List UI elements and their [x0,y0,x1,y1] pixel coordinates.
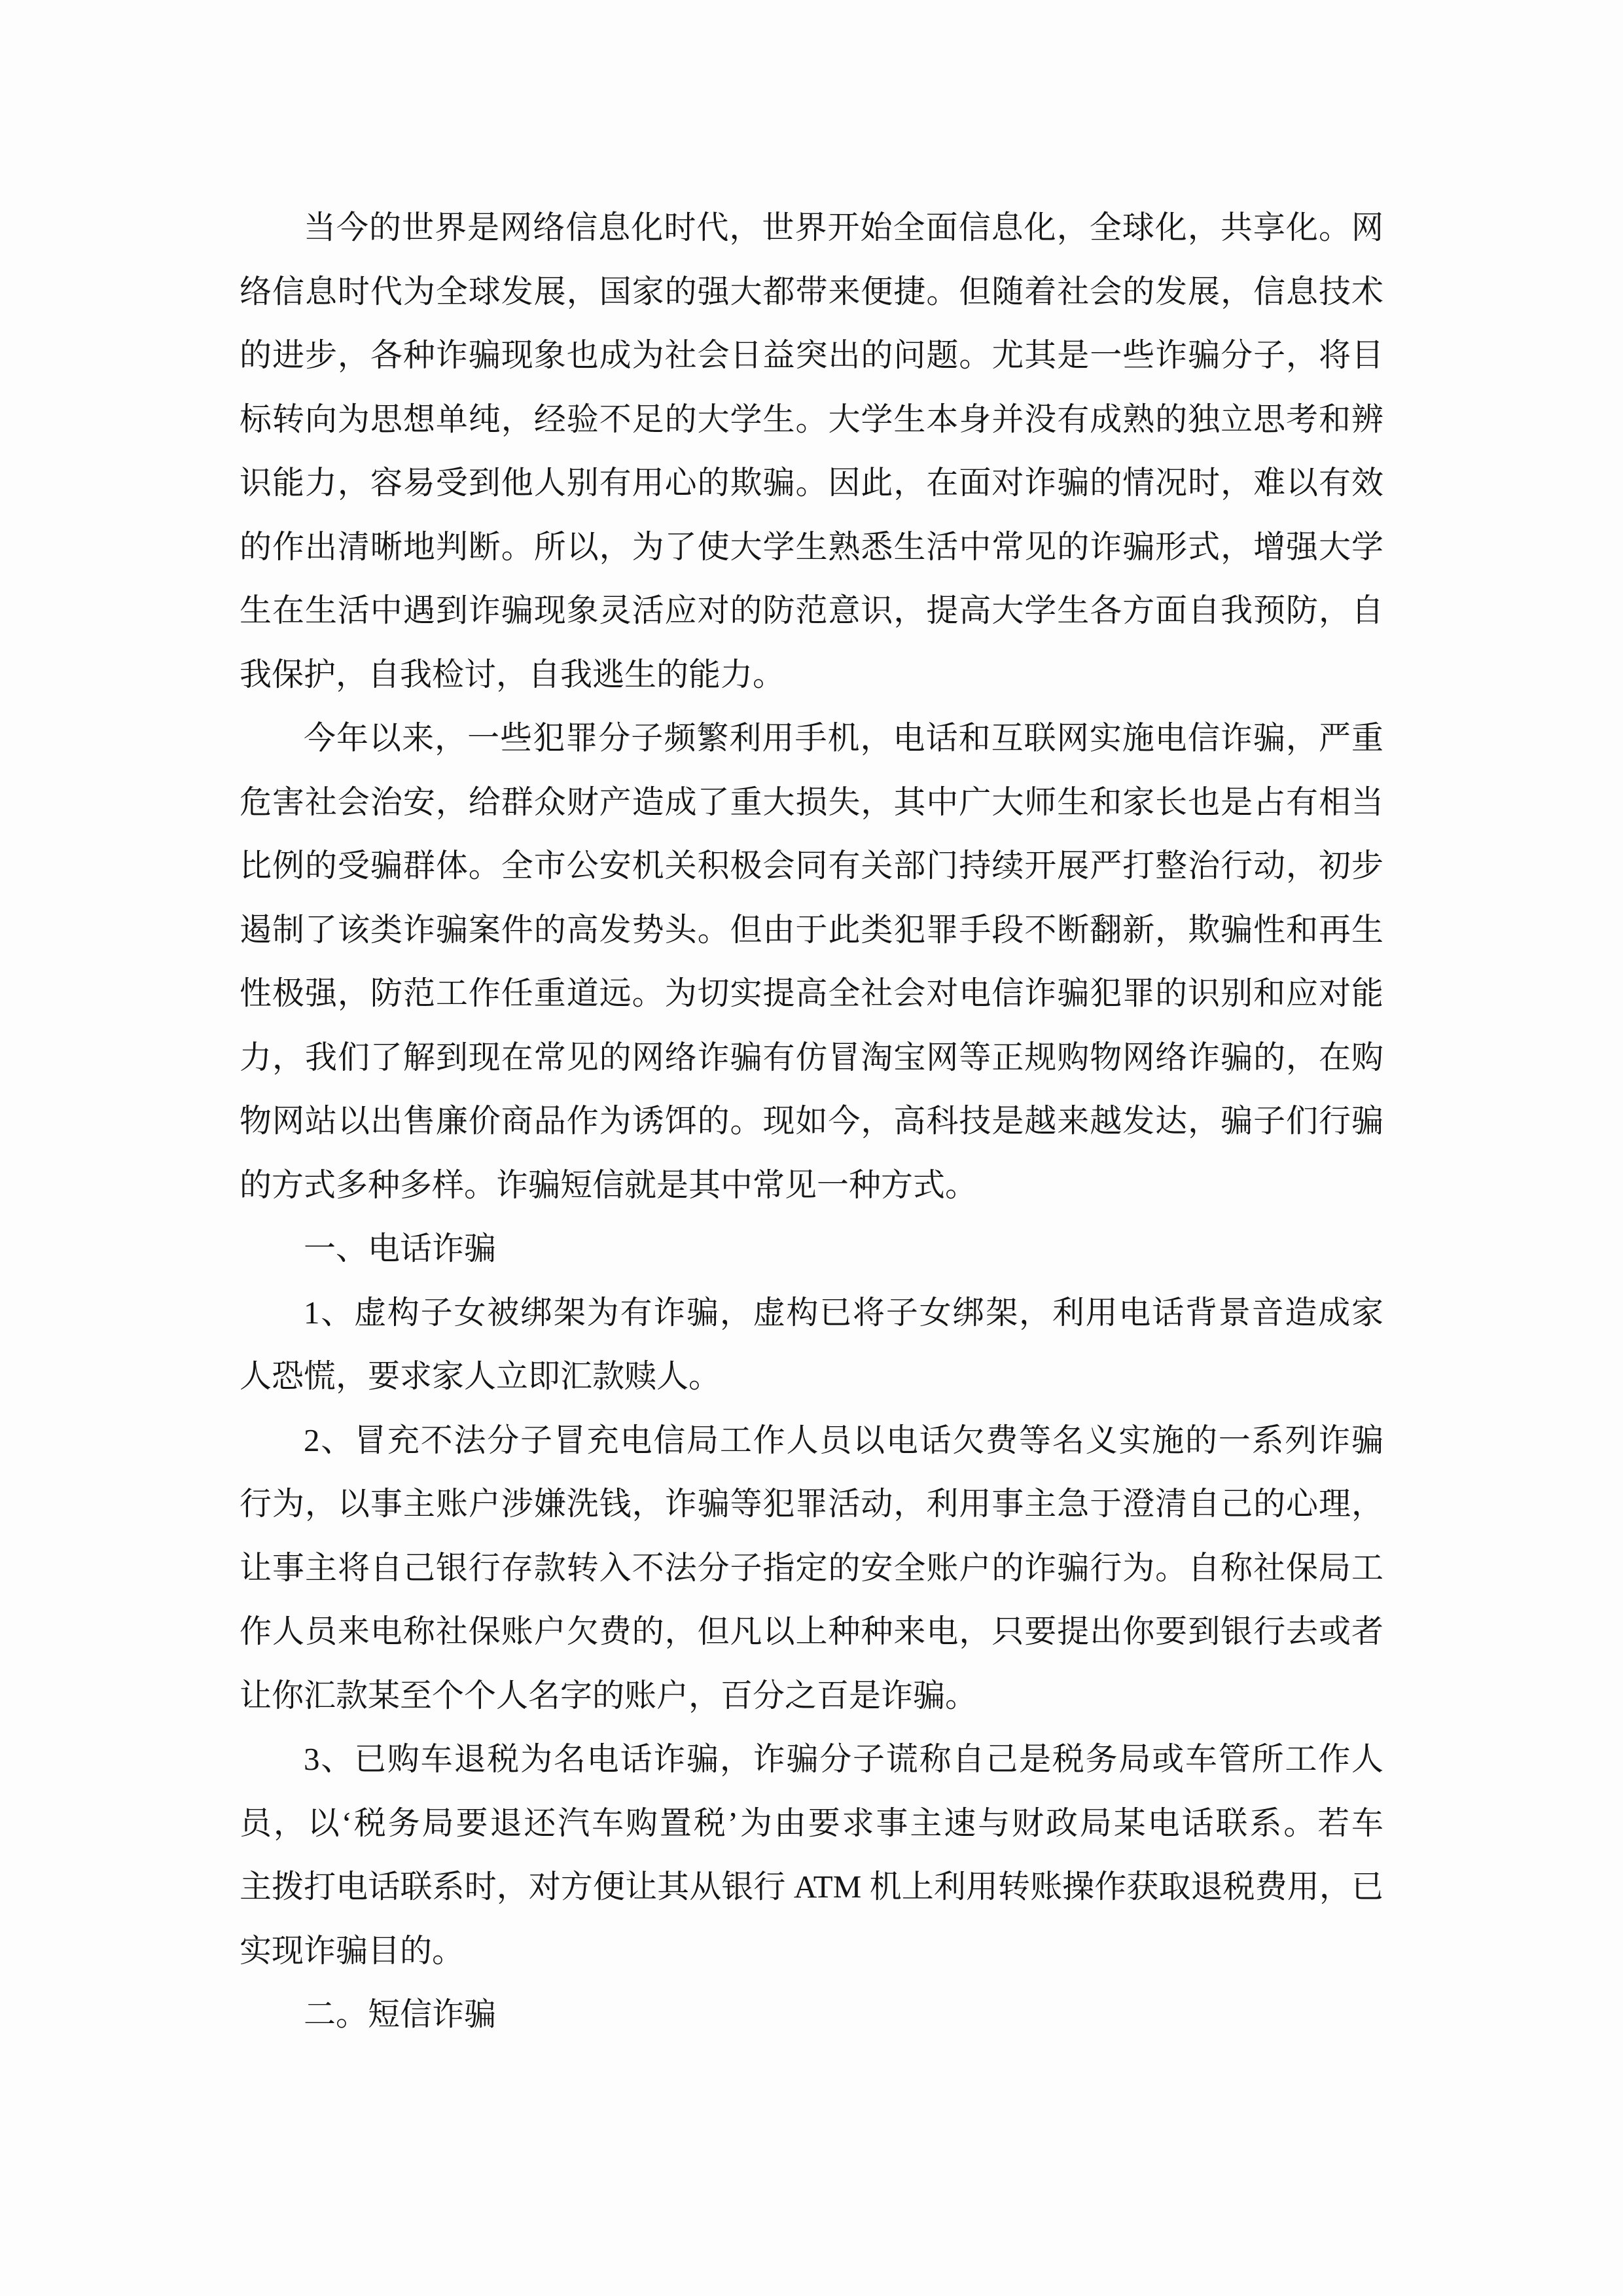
text-line: 实现诈骗目的。 [240,1919,1383,1983]
item-2-impersonation-scam: 2、冒充不法分子冒充电信局工作人员以电话欠费等名义实施的一系列诈骗行为，以事主账… [240,1408,1383,1728]
text-line: 标转向为思想单纯，经验不足的大学生。大学生本身并没有成熟的独立思考和辨 [240,387,1383,452]
item-3-car-tax-refund-scam: 3、已购车退税为名电话诈骗，诈骗分子谎称自己是税务局或车管所工作人员，以‘税务局… [240,1727,1383,1982]
item-1-kidnap-scam: 1、虚构子女被绑架为有诈骗，虚构已将子女绑架，利用电话背景音造成家人恐慌，要求家… [240,1281,1383,1408]
text-line: 比例的受骗群体。全市公安机关积极会同有关部门持续开展严打整治行动，初步 [240,834,1383,898]
text-line: 力，我们了解到现在常见的网络诈骗有仿冒淘宝网等正规购物网络诈骗的，在购 [240,1026,1383,1090]
text-line: 当今的世界是网络信息化时代，世界开始全面信息化，全球化，共享化。网 [240,196,1383,260]
text-line: 的作出清晰地判断。所以，为了使大学生熟悉生活中常见的诈骗形式，增强大学 [240,515,1383,579]
text-line: 作人员来电称社保账户欠费的，但凡以上种种来电，只要提出你要到银行去或者 [240,1600,1383,1664]
text-line: 让事主将自己银行存款转入不法分子指定的安全账户的诈骗行为。自称社保局工 [240,1536,1383,1600]
text-line: 今年以来，一些犯罪分子频繁利用手机，电话和互联网实施电信诈骗，严重 [240,706,1383,770]
text-line: 3、已购车退税为名电话诈骗，诈骗分子谎称自己是税务局或车管所工作人 [240,1727,1383,1791]
text-line: 我保护，自我检讨，自我逃生的能力。 [240,643,1383,707]
document-body: 当今的世界是网络信息化时代，世界开始全面信息化，全球化，共享化。网络信息时代为全… [240,196,1383,2047]
text-line: 一、电话诈骗 [240,1217,1383,1281]
text-line: 识能力，容易受到他人别有用心的欺骗。因此，在面对诈骗的情况时，难以有效 [240,451,1383,515]
text-line: 人恐慌，要求家人立即汇款赎人。 [240,1344,1383,1408]
text-line: 让你汇款某至个个人名字的账户，百分之百是诈骗。 [240,1664,1383,1728]
text-line: 遏制了该类诈骗案件的高发势头。但由于此类犯罪手段不断翻新，欺骗性和再生 [240,898,1383,962]
text-line: 性极强，防范工作任重道远。为切实提高全社会对电信诈骗犯罪的识别和应对能 [240,961,1383,1026]
document-page: 当今的世界是网络信息化时代，世界开始全面信息化，全球化，共享化。网络信息时代为全… [0,0,1623,2296]
text-line: 2、冒充不法分子冒充电信局工作人员以电话欠费等名义实施的一系列诈骗 [240,1408,1383,1473]
heading-sms-fraud: 二。短信诈骗 [240,1982,1383,2047]
text-line: 危害社会治安，给群众财产造成了重大损失，其中广大师生和家长也是占有相当 [240,770,1383,834]
intro-paragraph: 当今的世界是网络信息化时代，世界开始全面信息化，全球化，共享化。网络信息时代为全… [240,196,1383,706]
text-line: 生在生活中遇到诈骗现象灵活应对的防范意识，提高大学生各方面自我预防，自 [240,579,1383,643]
heading-phone-fraud: 一、电话诈骗 [240,1217,1383,1281]
text-line: 主拨打电话联系时，对方便让其从银行 ATM 机上利用转账操作获取退税费用，已 [240,1855,1383,1919]
text-line: 二。短信诈骗 [240,1982,1383,2047]
telecom-fraud-overview-paragraph: 今年以来，一些犯罪分子频繁利用手机，电话和互联网实施电信诈骗，严重危害社会治安，… [240,706,1383,1217]
text-line: 物网站以出售廉价商品作为诱饵的。现如今，高科技是越来越发达，骗子们行骗 [240,1089,1383,1153]
text-line: 络信息时代为全球发展，国家的强大都带来便捷。但随着社会的发展，信息技术 [240,260,1383,324]
text-line: 的进步，各种诈骗现象也成为社会日益突出的问题。尤其是一些诈骗分子，将目 [240,323,1383,387]
text-line: 员，以‘税务局要退还汽车购置税’为由要求事主速与财政局某电话联系。若车 [240,1791,1383,1856]
text-line: 的方式多种多样。诈骗短信就是其中常见一种方式。 [240,1153,1383,1217]
text-line: 1、虚构子女被绑架为有诈骗，虚构已将子女绑架，利用电话背景音造成家 [240,1281,1383,1345]
text-line: 行为，以事主账户涉嫌洗钱，诈骗等犯罪活动，利用事主急于澄清自己的心理， [240,1472,1383,1536]
